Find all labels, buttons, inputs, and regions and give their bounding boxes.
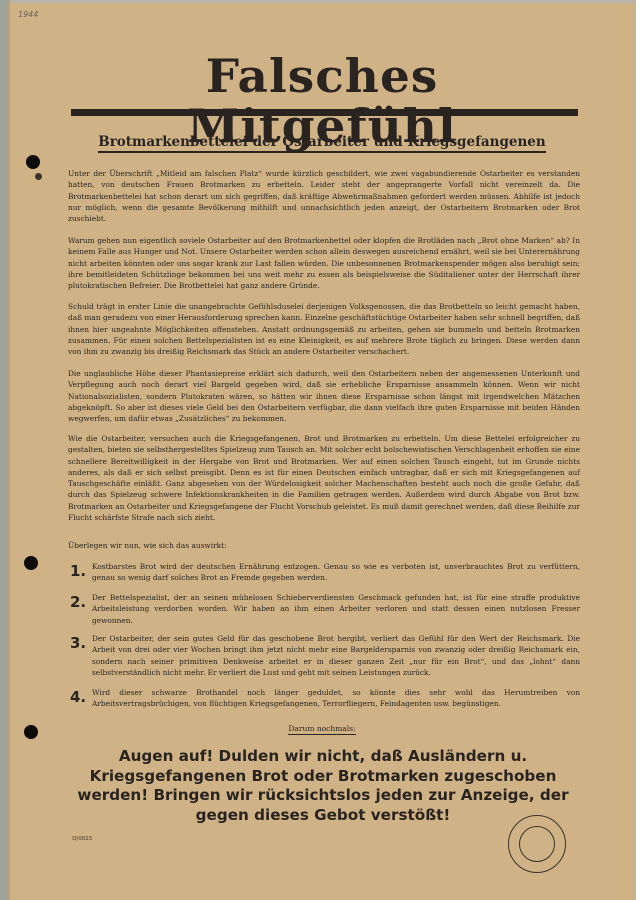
punch-hole-icon [24, 556, 38, 570]
archival-stamp-icon [508, 815, 566, 873]
top-edge [0, 0, 636, 3]
darum-heading: Darum nochmals: [60, 724, 584, 733]
binding-strip [0, 0, 8, 900]
point-number: 1. [70, 562, 86, 580]
point-text: Kostbarstes Brot wird der deutschen Ernä… [92, 561, 580, 584]
paragraph-5: Wie die Ostarbeiter, versuchen auch die … [68, 433, 580, 523]
subtitle: Brotmarkenbettelei der Ostarbeiter und K… [60, 134, 584, 150]
point-text: Der Ostarbeiter, der sein gutes Geld für… [92, 633, 580, 678]
closing-appeal: Augen auf! Dulden wir nicht, daß Ausländ… [62, 747, 584, 825]
document-page: 1944 Falsches Mitgefühl Brotmarkenbettel… [0, 0, 636, 900]
point-number: 4. [70, 688, 86, 706]
point-text: Der Bettelspezialist, der an seinen mühe… [92, 592, 580, 626]
punch-hole-icon [26, 155, 40, 169]
punch-hole-icon [24, 725, 38, 739]
punch-hole-small-icon [35, 173, 42, 180]
darum-label: Darum nochmals: [288, 724, 355, 735]
point-text: Wird dieser schwarze Brothandel noch län… [92, 687, 580, 710]
pencil-note: 1944 [18, 10, 38, 19]
paragraph-3: Schuld trägt in erster Linie die unangeb… [68, 301, 580, 357]
paragraph-4: Die unglaubliche Höhe dieser Phantasiepr… [68, 368, 580, 424]
stamp-inner-ring [519, 826, 555, 862]
paragraph-1: Unter der Überschrift „Mitleid am falsch… [68, 168, 580, 224]
paragraph-6: Überlegen wir nun, wie sich das auswirkt… [68, 540, 580, 551]
point-number: 3. [70, 634, 86, 652]
binding-shadow [8, 0, 10, 900]
form-code: II/0825 [72, 836, 92, 842]
point-number: 2. [70, 593, 86, 611]
title-rule [71, 109, 578, 116]
paragraph-2: Warum gehen nun eigentlich soviele Ostar… [68, 235, 580, 291]
subtitle-text: Brotmarkenbettelei der Ostarbeiter und K… [98, 134, 545, 153]
